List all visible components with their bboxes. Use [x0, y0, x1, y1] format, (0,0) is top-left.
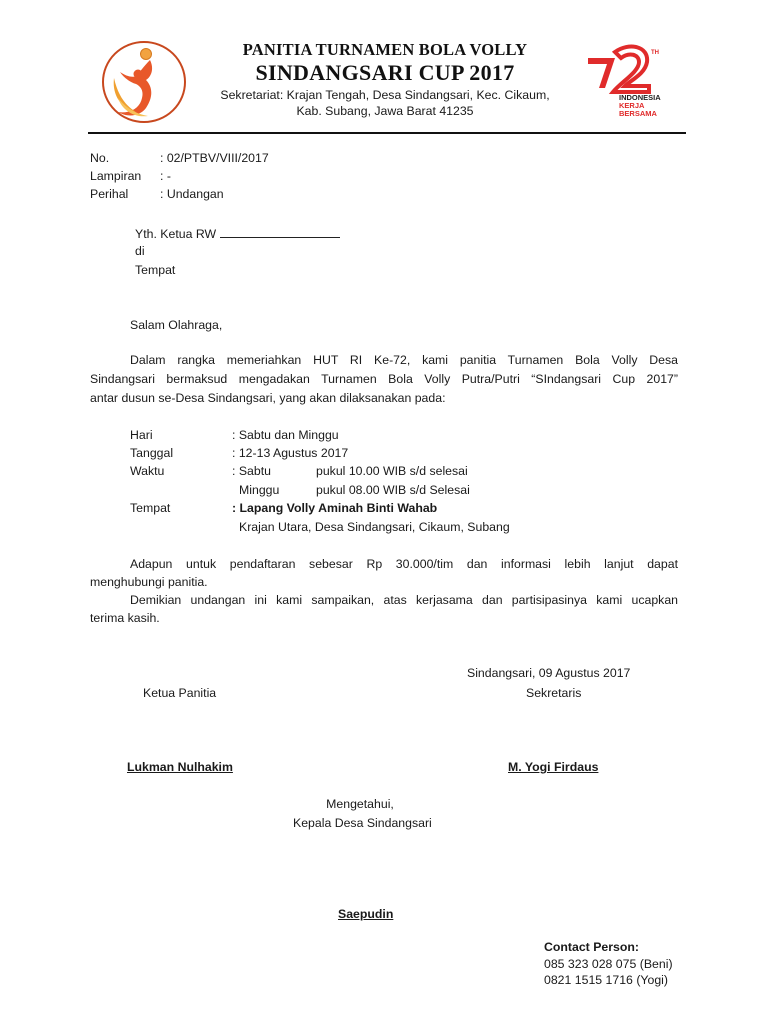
event-title: SINDANGSARI CUP 2017	[200, 60, 570, 86]
svg-text:BERSAMA: BERSAMA	[619, 109, 658, 118]
tempat-address: Krajan Utara, Desa Sindangsari, Cikaum, …	[239, 518, 510, 536]
meta-perihal-value: : Undangan	[160, 185, 224, 203]
para1-line2: Sindangsari bermaksud mengadakan Turname…	[90, 370, 678, 388]
org-line: PANITIA TURNAMEN BOLA VOLLY	[200, 40, 570, 60]
tanggal-label: Tanggal	[130, 444, 173, 462]
address-line-2: Kab. Subang, Jawa Barat 41235	[195, 102, 575, 120]
waktu-time1: pukul 10.00 WIB s/d selesai	[316, 462, 468, 480]
para3-line1: Demikian undangan ini kami sampaikan, at…	[130, 591, 678, 609]
para3-line2: terima kasih.	[90, 609, 160, 627]
para2-line1: Adapun untuk pendaftaran sebesar Rp 30.0…	[130, 555, 678, 573]
hari-label: Hari	[130, 426, 153, 444]
meta-no-value: : 02/PTBV/VIII/2017	[160, 149, 269, 167]
meta-lampiran-value: : -	[160, 167, 171, 185]
volleyball-player-icon	[100, 38, 188, 126]
hut-ri-72-logo: TH INDONESIA KERJA BERSAMA	[585, 42, 685, 122]
recipient-blank-line	[220, 224, 340, 238]
sekretaris-name: M. Yogi Firdaus	[508, 758, 598, 776]
waktu-day1: : Sabtu	[232, 462, 271, 480]
ketua-title: Ketua Panitia	[143, 684, 216, 702]
tanggal-value: : 12-13 Agustus 2017	[232, 444, 348, 462]
meta-no-label: No.	[90, 149, 109, 167]
meta-lampiran-label: Lampiran	[90, 167, 141, 185]
para2-line2: menghubungi panitia.	[90, 573, 208, 591]
contact-line-yogi: 0821 1515 1716 (Yogi)	[544, 971, 668, 989]
ketua-name: Lukman Nulhakim	[127, 758, 233, 776]
sekretaris-title: Sekretaris	[526, 684, 581, 702]
waktu-time2: pukul 08.00 WIB s/d Selesai	[316, 481, 470, 499]
svg-text:TH: TH	[651, 50, 659, 56]
meta-perihal-label: Perihal	[90, 185, 128, 203]
recipient-line-3: Tempat	[135, 261, 175, 279]
place-date: Sindangsari, 09 Agustus 2017	[467, 664, 630, 682]
recipient-label: Yth. Ketua RW	[135, 227, 216, 241]
para1-line1: Dalam rangka memeriahkan HUT RI Ke-72, k…	[130, 351, 678, 369]
approval-line-1: Mengetahui,	[290, 795, 430, 813]
recipient-line-2: di	[135, 242, 145, 260]
hari-value: : Sabtu dan Minggu	[232, 426, 339, 444]
para1-line3: antar dusun se-Desa Sindangsari, yang ak…	[90, 389, 445, 407]
contact-heading: Contact Person:	[544, 938, 639, 956]
tempat-value: : Lapang Volly Aminah Binti Wahab	[232, 499, 437, 517]
approval-line-2: Kepala Desa Sindangsari	[293, 814, 432, 832]
greeting: Salam Olahraga,	[130, 316, 222, 334]
header-divider	[88, 132, 686, 134]
hut-72-emblem-icon: TH INDONESIA KERJA BERSAMA	[585, 42, 685, 122]
tempat-label: Tempat	[130, 499, 170, 517]
waktu-label: Waktu	[130, 462, 164, 480]
volleyball-logo	[100, 38, 188, 126]
recipient-line-1: Yth. Ketua RW	[135, 224, 340, 243]
approval-name: Saepudin	[338, 905, 393, 923]
waktu-day2: Minggu	[239, 481, 279, 499]
